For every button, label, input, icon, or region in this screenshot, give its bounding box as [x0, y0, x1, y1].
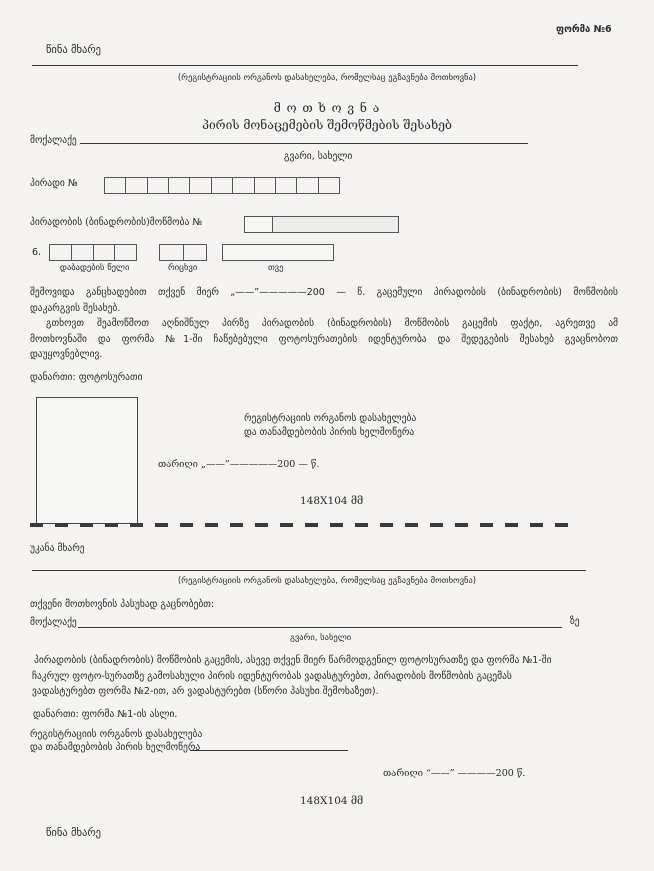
- paragraph2-line3: დაუყოვნებლივ.: [30, 347, 618, 363]
- back-name-caption: გვარი, სახელი: [290, 633, 351, 643]
- paragraph2-line1: გთხოვთ შეამოწმოთ აღნიშნულ პირზე პირადობი…: [30, 316, 618, 332]
- certificate-series-cell[interactable]: [245, 217, 273, 232]
- back-signature-official-label: და თანამდებობის პირის ხელმოწერა: [30, 742, 200, 753]
- response-paragraph: პირადობის (ბინადრობის) მოწმობის გაცემის,…: [32, 653, 592, 700]
- response-line1: პირადობის (ბინადრობის) მოწმობის გაცემის,…: [32, 653, 592, 669]
- form-title: მ ო თ ხ ო ვ ნ ა: [0, 101, 654, 115]
- personal-number-field[interactable]: [104, 177, 340, 194]
- response-line3: ვადასტურებთ ფორმა №2-ით, არ ვადასტურებთ …: [32, 684, 592, 700]
- org-name-caption: (რეგისტრაციის ორგანოს დასახელება, რომელს…: [0, 73, 654, 83]
- personal-number-digit-cell[interactable]: [212, 178, 233, 193]
- personal-number-digit-cell[interactable]: [233, 178, 254, 193]
- personal-number-digit-cell[interactable]: [276, 178, 297, 193]
- request-paragraph: შემოვიდა განცხადებით თქვენ მიერ „——”————…: [30, 285, 618, 363]
- birth-year-field[interactable]: [49, 244, 137, 261]
- back-signature-field[interactable]: [190, 750, 348, 751]
- certificate-number-label: პირადობის (ბინადრობის)მოწმობა №: [30, 217, 202, 228]
- signature-org-label: რეგისტრაციის ორგანოს დასახელება: [244, 413, 416, 424]
- footer-side-label: წინა მხარე: [46, 827, 101, 839]
- front-side-label: წინა მხარე: [46, 44, 101, 56]
- dash-segment: [330, 523, 343, 527]
- response-intro: თქვენი მოთხოვნის პასუხად გაცნობებთ:: [30, 599, 214, 610]
- birth-day-digit-cell[interactable]: [184, 245, 207, 260]
- personal-number-digit-cell[interactable]: [319, 178, 339, 193]
- name-caption: გვარი, სახელი: [284, 151, 352, 162]
- form-subtitle: პირის მონაცემების შემოწმების შესახებ: [0, 118, 654, 132]
- dash-segment: [480, 523, 493, 527]
- birth-year-digit-cell[interactable]: [72, 245, 94, 260]
- form-number: ფორმა №6: [556, 24, 612, 35]
- birth-month-field[interactable]: [222, 244, 334, 261]
- dash-segment: [405, 523, 418, 527]
- dash-segment: [505, 523, 518, 527]
- birth-month-caption: თვე: [268, 263, 283, 273]
- personal-number-digit-cell[interactable]: [126, 178, 147, 193]
- birth-year-digit-cell[interactable]: [115, 245, 136, 260]
- signature-official-label: და თანამდებობის პირის ხელმოწერა: [244, 427, 414, 438]
- back-side-label: უკანა მხარე: [30, 543, 85, 554]
- dash-segment: [130, 523, 143, 527]
- dash-segment: [280, 523, 293, 527]
- dash-segment: [555, 523, 568, 527]
- attachment-form-label: დანართი: ფორმა №1-ის ასლი.: [33, 709, 177, 720]
- personal-number-digit-cell[interactable]: [169, 178, 190, 193]
- dash-segment: [230, 523, 243, 527]
- front-size-label: 148X104 მმ: [300, 495, 363, 507]
- citizen-suffix: ზე: [570, 616, 580, 627]
- paragraph1-line1: შემოვიდა განცხადებით თქვენ მიერ „——”————…: [30, 285, 618, 301]
- certificate-number-cell[interactable]: [273, 217, 398, 232]
- dash-segment: [205, 523, 218, 527]
- cut-line-divider: [30, 523, 568, 527]
- dash-segment: [530, 523, 543, 527]
- attachment-photo-label: დანართი: ფოტოსურათი: [30, 372, 143, 383]
- dash-segment: [455, 523, 468, 527]
- dash-segment: [430, 523, 443, 527]
- personal-number-digit-cell[interactable]: [148, 178, 169, 193]
- dash-segment: [30, 523, 43, 527]
- birth-year-digit-cell[interactable]: [50, 245, 72, 260]
- personal-number-digit-cell[interactable]: [255, 178, 276, 193]
- dash-segment: [380, 523, 393, 527]
- dash-segment: [355, 523, 368, 527]
- birth-day-field[interactable]: [159, 244, 207, 261]
- back-citizen-name-field[interactable]: [78, 627, 562, 628]
- dash-segment: [155, 523, 168, 527]
- birth-year-digit-cell[interactable]: [94, 245, 116, 260]
- dash-segment: [105, 523, 118, 527]
- dash-segment: [255, 523, 268, 527]
- birth-day-digit-cell[interactable]: [160, 245, 184, 260]
- certificate-number-field[interactable]: [244, 216, 399, 233]
- dash-segment: [305, 523, 318, 527]
- personal-number-digit-cell[interactable]: [297, 178, 318, 193]
- dash-segment: [80, 523, 93, 527]
- back-size-label: 148X104 მმ: [300, 795, 363, 807]
- back-citizen-label: მოქალაქე: [30, 617, 77, 628]
- dash-segment: [55, 523, 68, 527]
- back-signature-org-label: რეგისტრაციის ორგანოს დასახელება: [30, 729, 202, 740]
- citizen-label: მოქალაქე: [30, 135, 77, 146]
- personal-number-digit-cell[interactable]: [105, 178, 126, 193]
- birth-year-caption: დაბადების წელი: [60, 263, 129, 273]
- personal-number-digit-cell[interactable]: [190, 178, 211, 193]
- response-line2: ჩაკრულ ფოტო-სურათზე გამოსახული პირის იდე…: [32, 669, 592, 685]
- dash-segment: [180, 523, 193, 527]
- photo-placeholder[interactable]: [36, 397, 138, 524]
- front-date-line[interactable]: თარიღი „——”—————200 — წ.: [158, 459, 319, 470]
- back-date-line[interactable]: თარიღი “——” ————200 წ.: [383, 768, 525, 779]
- back-org-name-line[interactable]: [32, 570, 586, 571]
- org-name-line[interactable]: [32, 65, 578, 66]
- birth-date-label: 6.: [32, 247, 41, 258]
- paragraph1-line2: დაკარგვის შესახებ.: [30, 301, 618, 317]
- birth-day-caption: რიცხვი: [168, 263, 197, 273]
- citizen-name-field[interactable]: [80, 143, 528, 144]
- paragraph2-line2: მოთხოვნაში და ფორმა №1-ში ჩაწებებული ფოტ…: [30, 332, 618, 348]
- personal-number-label: პირადი №: [30, 178, 78, 189]
- back-org-name-caption: (რეგისტრაციის ორგანოს დასახელება, რომელს…: [0, 576, 654, 586]
